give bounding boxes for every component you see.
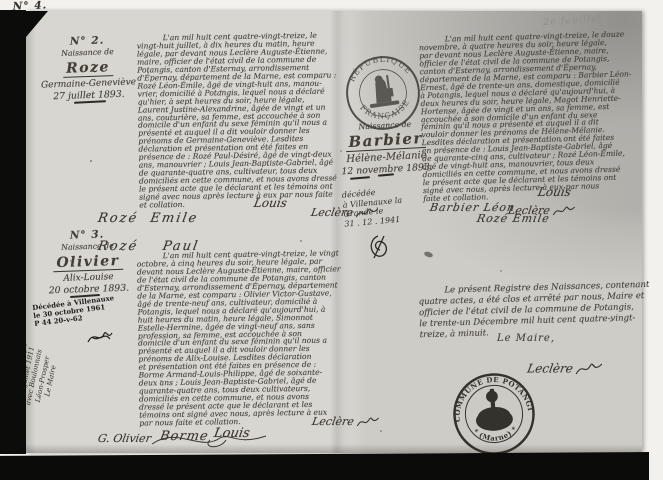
act3-margin: N° 3. Naissance de Olivier Alix-Louise 2… <box>35 227 141 297</box>
act4-margin: Naissance de Barbier Hélène-Mélanie 12 n… <box>329 117 444 178</box>
signature-act2-witness-louis: Louis <box>253 196 288 210</box>
act2-margin: N° 2. Naissance de Roze Germaine-Geneviè… <box>35 33 141 103</box>
act4-death-note-paraph-icon <box>362 234 396 260</box>
commune-de-potangis-stamp: COMMUNE DE POTANGIS * (Marne) * <box>449 369 539 459</box>
act3-body-text: L'an mil huit cent quatre-vingt-treize, … <box>137 249 342 427</box>
scanned-register-page: N° 2. Naissance de Roze Germaine-Geneviè… <box>0 0 663 480</box>
paraph-flourish-icon <box>551 204 577 218</box>
signature-act2-declarant: Rozé Emile <box>97 211 200 226</box>
signature-act4-witness-louis: Louis <box>537 185 572 199</box>
le-maire-label: Le Maire, <box>497 333 555 344</box>
act3-signature-flourish-icon <box>150 432 270 448</box>
act2-surname: Roze <box>63 59 113 78</box>
signature-act3-mayor: Leclère <box>294 402 383 442</box>
scan-border-left <box>0 10 26 454</box>
act4-death-note: décédéeà Villenauxe laGrande le31 . 12 .… <box>342 183 431 228</box>
act4-body-text: L'an mil huit cent quatre-vingt-treize, … <box>419 30 654 203</box>
paraph-flourish-icon <box>355 415 381 429</box>
act3-surname: Olivier <box>53 253 123 272</box>
act4-surname: Barbier <box>345 129 426 152</box>
paraph-flourish-icon <box>573 361 604 377</box>
act3-marriage-note: Mariée à Potangisle 29 juillet 1911avec … <box>8 328 132 442</box>
signature-act4-witness-roze: Rozé Emile <box>476 212 551 225</box>
signature-act3-mayor-text: Leclère <box>311 415 355 428</box>
signature-act3-declarant: G. Olivier <box>97 432 152 445</box>
paper-speckles <box>0 0 2 2</box>
act2-body-text: L'an mil huit cent quatre-vingt-treize, … <box>137 31 342 209</box>
scan-border-bottom <box>0 452 649 480</box>
